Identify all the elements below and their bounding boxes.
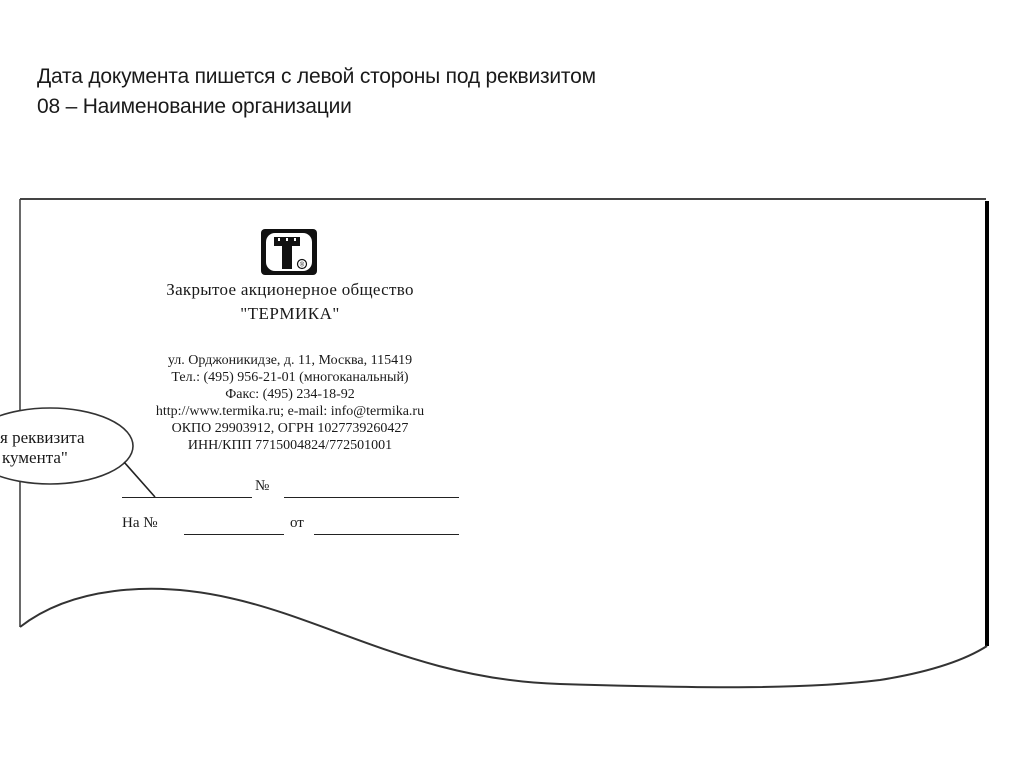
reference-date-line <box>314 534 459 535</box>
address-line: ул. Орджоникидзе, д. 11, Москва, 115419 <box>115 352 465 369</box>
okpo-ogrn-line: ОКПО 29903912, ОГРН 1027739260427 <box>115 420 465 437</box>
web-email-line: http://www.termika.ru; e-mail: info@term… <box>115 403 465 420</box>
callout-label: я реквизита кумента" <box>0 428 85 468</box>
reference-label: На № <box>122 515 158 532</box>
organization-name: "ТЕРМИКА" <box>115 304 465 324</box>
number-label: № <box>255 478 269 495</box>
callout-line-1: я реквизита <box>0 428 85 448</box>
reference-number-line <box>184 534 284 535</box>
phone-line: Тел.: (495) 956-21-01 (многоканальный) <box>115 369 465 386</box>
number-field-line <box>284 497 459 498</box>
sheet-wavy-edge <box>20 589 987 687</box>
organization-details: ул. Орджоникидзе, д. 11, Москва, 115419 … <box>115 352 465 454</box>
fax-line: Факс: (495) 234-18-92 <box>115 386 465 403</box>
from-label: от <box>290 515 304 532</box>
inn-kpp-line: ИНН/КПП 7715004824/772501001 <box>115 437 465 454</box>
callout-pointer <box>124 462 155 497</box>
organization-type: Закрытое акционерное общество <box>115 280 465 300</box>
svg-text:®: ® <box>300 262 305 269</box>
callout-line-2: кумента" <box>0 448 85 468</box>
date-field-line <box>122 497 252 498</box>
termika-t-logo-icon: ® <box>260 228 318 276</box>
